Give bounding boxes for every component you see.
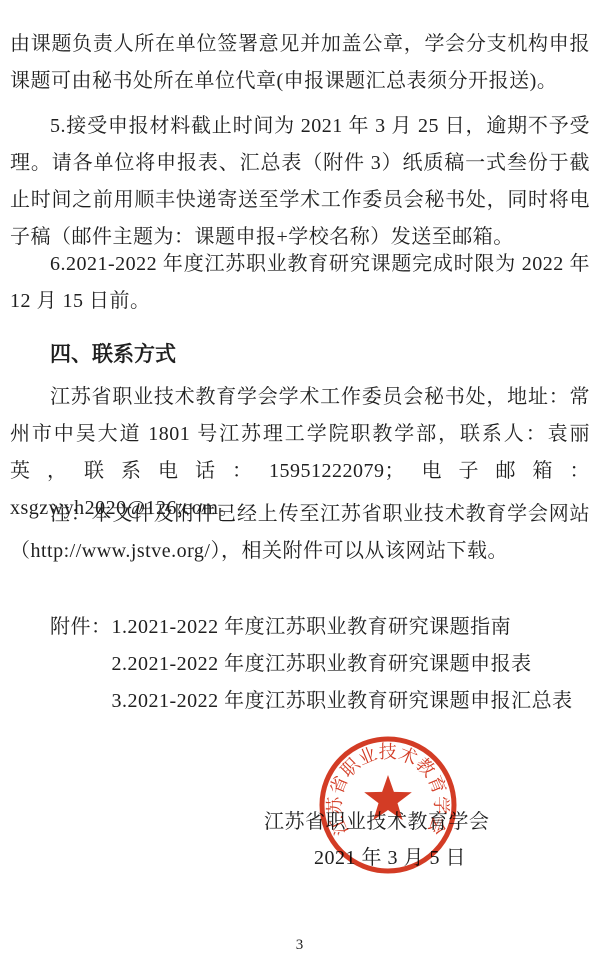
paragraph-item-6: 6.2021-2022 年度江苏职业教育研究课题完成时限为 2022 年 12 … [10,246,590,320]
section-heading-contact: 四、联系方式 [50,336,176,373]
paragraph-continuation: 由课题负责人所在单位签署意见并加盖公章，学会分支机构申报课题可由秘书处所在单位代… [10,26,590,100]
attachment-item-2: 2.2021-2022 年度江苏职业教育研究课题申报表 [112,646,573,683]
attachment-item-3: 3.2021-2022 年度江苏职业教育研究课题申报汇总表 [112,683,573,720]
signature-date: 2021 年 3 月 5 日 [314,847,466,869]
attachments-label: 附件： [50,609,112,720]
paragraph-note: 注：本文件及附件已经上传至江苏省职业技术教育学会网站（http://www.js… [10,496,590,570]
attachment-item-1: 1.2021-2022 年度江苏职业教育研究课题指南 [112,609,573,646]
signature-organization: 江苏省职业技术教育学会 [264,811,490,833]
attachments-list: 附件： 1.2021-2022 年度江苏职业教育研究课题指南 2.2021-20… [50,609,573,720]
paragraph-item-5: 5.接受申报材料截止时间为 2021 年 3 月 25 日，逾期不予受理。请各单… [10,108,590,256]
document-page: 由课题负责人所在单位签署意见并加盖公章，学会分支机构申报课题可由秘书处所在单位代… [0,0,599,975]
page-number: 3 [0,936,599,954]
